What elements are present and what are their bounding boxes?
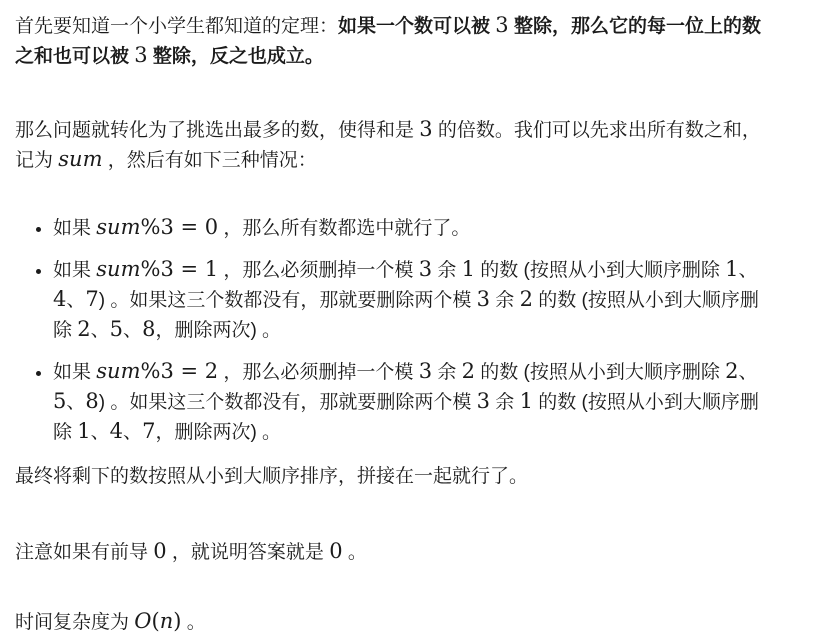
text-run: 、 (66, 290, 85, 311)
text-run: 、 (91, 422, 110, 443)
text-run: 余 (490, 392, 520, 413)
text-run: 的数 (按照从小到大顺序删除 (475, 260, 725, 281)
text-run: ) 。如果这三个数都没有，那就要删除两个模 (99, 392, 477, 413)
text-run: 余 (490, 290, 520, 311)
math-run: 3 (419, 257, 432, 281)
text-run: ) 。如果这三个数都没有，那就要删除两个模 (99, 290, 477, 311)
paragraph-problem-transform: 那么问题就转化为了挑选出最多的数，使得和是 3 的倍数。我们可以先求出所有数之和… (15, 116, 777, 176)
math-run: 3 (419, 117, 432, 141)
math-run: 5 (110, 317, 123, 341)
text-run: 、 (123, 320, 142, 341)
text-run: 、 (91, 320, 110, 341)
paragraph-theorem: 首先要知道一个小学生都知道的定理：如果一个数可以被 3 整除，那么它的每一位上的… (15, 12, 777, 72)
math-run: 5 (53, 389, 66, 413)
text-run: 、 (66, 392, 85, 413)
text-run: 、 (739, 362, 758, 383)
paragraph-leading-zero-note: 注意如果有前导 0 ，就说明答案就是 0 。 (15, 538, 777, 568)
math-run: 1 (77, 419, 90, 443)
text-run: 那么问题就转化为了挑选出最多的数，使得和是 (15, 120, 419, 141)
list-item-case-mod2: 如果 sum%3 = 2 ，那么必须删掉一个模 3 余 2 的数 (按照从小到大… (53, 358, 777, 448)
text-run: ，就说明答案就是 (167, 542, 330, 563)
math-run: 3 (477, 389, 490, 413)
math-run: 7 (142, 419, 155, 443)
bold-text-run: 如果一个数可以被 (338, 16, 495, 37)
text-run: 。 (181, 612, 205, 633)
case-bullet-list: 如果 sum%3 = 0 ，那么所有数都选中就行了。 如果 sum%3 = 1 … (15, 214, 777, 448)
math-run: 2 (520, 287, 533, 311)
text-run: 最终将剩下的数按照从小到大顺序排序，拼接在一起就行了。 (15, 466, 528, 487)
list-item-case-mod0: 如果 sum%3 = 0 ，那么所有数都选中就行了。 (53, 214, 777, 244)
math-run: 1 (462, 257, 475, 281)
math-run: 4 (110, 419, 123, 443)
paragraph-final-sort: 最终将剩下的数按照从小到大顺序排序，拼接在一起就行了。 (15, 462, 777, 492)
text-run: ，那么必须删掉一个模 (218, 260, 419, 281)
text-run: ，那么所有数都选中就行了。 (218, 218, 470, 239)
math-run: 1 (520, 389, 533, 413)
text-run: 。 (343, 542, 367, 563)
bold-text-run: 整除，反之也成立。 (148, 46, 324, 67)
math-run: 0 (329, 539, 342, 563)
math-run: 2 (77, 317, 90, 341)
text-run: 如果 (53, 362, 96, 383)
math-run: 4 (53, 287, 66, 311)
text-run: ，删除两次) 。 (155, 422, 281, 443)
math-run: %3 = 0 (141, 215, 219, 239)
math-run: 3 (419, 359, 432, 383)
text-run: 如果 (53, 218, 96, 239)
math-var-run: sum (96, 257, 140, 281)
math-run: 1 (725, 257, 738, 281)
list-item-case-mod1: 如果 sum%3 = 1 ，那么必须删掉一个模 3 余 1 的数 (按照从小到大… (53, 256, 777, 346)
text-run: ，删除两次) 。 (155, 320, 281, 341)
math-var-run: sum (58, 147, 102, 171)
text-run: 首先要知道一个小学生都知道的定理： (15, 16, 338, 37)
text-run: 的数 (按照从小到大顺序删除 (475, 362, 725, 383)
math-run: 3 (134, 43, 147, 67)
math-run: ( (152, 609, 160, 633)
math-run: %3 = 1 (141, 257, 219, 281)
text-run: 、 (739, 260, 758, 281)
math-var-run: sum (96, 215, 140, 239)
math-run: 8 (142, 317, 155, 341)
math-run: %3 = 2 (141, 359, 219, 383)
text-run: 余 (432, 362, 462, 383)
text-run: 、 (123, 422, 142, 443)
math-run: 3 (477, 287, 490, 311)
math-var-run: sum (96, 359, 140, 383)
paragraph-time-complexity: 时间复杂度为 O(n) 。 (15, 608, 777, 638)
math-run: 7 (85, 287, 98, 311)
text-run: 余 (432, 260, 462, 281)
solution-article: 首先要知道一个小学生都知道的定理：如果一个数可以被 3 整除，那么它的每一位上的… (0, 0, 827, 641)
math-run: 2 (462, 359, 475, 383)
math-var-run: O (134, 609, 151, 633)
text-run: 时间复杂度为 (15, 612, 134, 633)
math-run: 8 (85, 389, 98, 413)
text-run: ，然后有如下三种情况： (103, 150, 317, 171)
math-run: 3 (495, 13, 508, 37)
text-run: 如果 (53, 260, 96, 281)
text-run: ，那么必须删掉一个模 (218, 362, 419, 383)
text-run: 注意如果有前导 (15, 542, 153, 563)
math-var-run: n (160, 609, 174, 633)
math-run: 2 (725, 359, 738, 383)
math-run: 0 (153, 539, 166, 563)
